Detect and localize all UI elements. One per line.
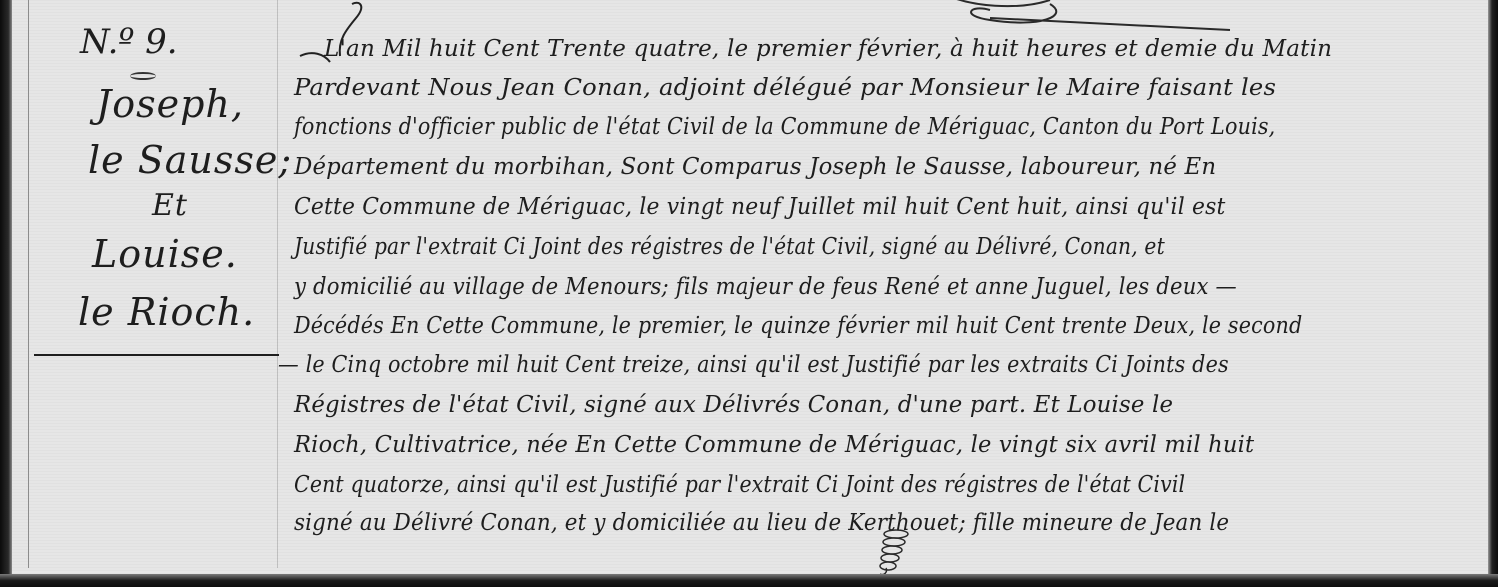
margin-rule-right: [277, 0, 278, 568]
body-line-2: Pardevant Nous Jean Conan, adjoint délég…: [294, 73, 1276, 101]
margin-conjunction-et: Et: [152, 188, 188, 223]
page-binding-edge: [0, 0, 12, 587]
page-right-edge: [1488, 0, 1498, 587]
body-line-7: y domicilié au village de Menours; fils …: [294, 272, 1237, 300]
margin-name-lerioch: le Rioch.: [78, 290, 255, 334]
margin-name-joseph: Joseph,: [96, 82, 244, 126]
register-page: N.º 9. Joseph, le Sausse; Et Louise. le …: [12, 0, 1488, 574]
body-line-9: — le Cinq octobre mil huit Cent treize, …: [278, 350, 1229, 378]
body-line-12: Cent quatorze, ainsi qu'il est Justifié …: [294, 470, 1185, 498]
body-line-3: fonctions d'officier public de l'état Ci…: [294, 112, 1275, 140]
body-line-4: Département du morbihan, Sont Comparus J…: [294, 152, 1216, 180]
body-line-13: signé au Délivré Conan, et y domiciliée …: [294, 508, 1229, 536]
body-line-1: L'an Mil huit Cent Trente quatre, le pre…: [324, 34, 1332, 62]
margin-rule-left: [28, 0, 29, 568]
page-bottom-edge: [0, 574, 1498, 587]
body-line-5: Cette Commune de Mériguac, le vingt neuf…: [294, 192, 1226, 220]
body-line-10: Régistres de l'état Civil, signé aux Dél…: [294, 390, 1173, 418]
margin-name-louise: Louise.: [92, 232, 238, 276]
margin-name-lesausse: le Sausse;: [88, 138, 292, 182]
act-number-underline: [130, 72, 156, 80]
body-line-8: Décédés En Cette Commune, le premier, le…: [294, 311, 1302, 339]
act-number: N.º 9.: [80, 22, 178, 62]
spiral-flourish-icon: [874, 528, 910, 574]
body-line-11: Rioch, Cultivatrice, née En Cette Commun…: [294, 430, 1254, 458]
margin-separator: [34, 354, 279, 356]
body-line-6: Justifié par l'extrait Ci Joint des régi…: [294, 232, 1165, 260]
